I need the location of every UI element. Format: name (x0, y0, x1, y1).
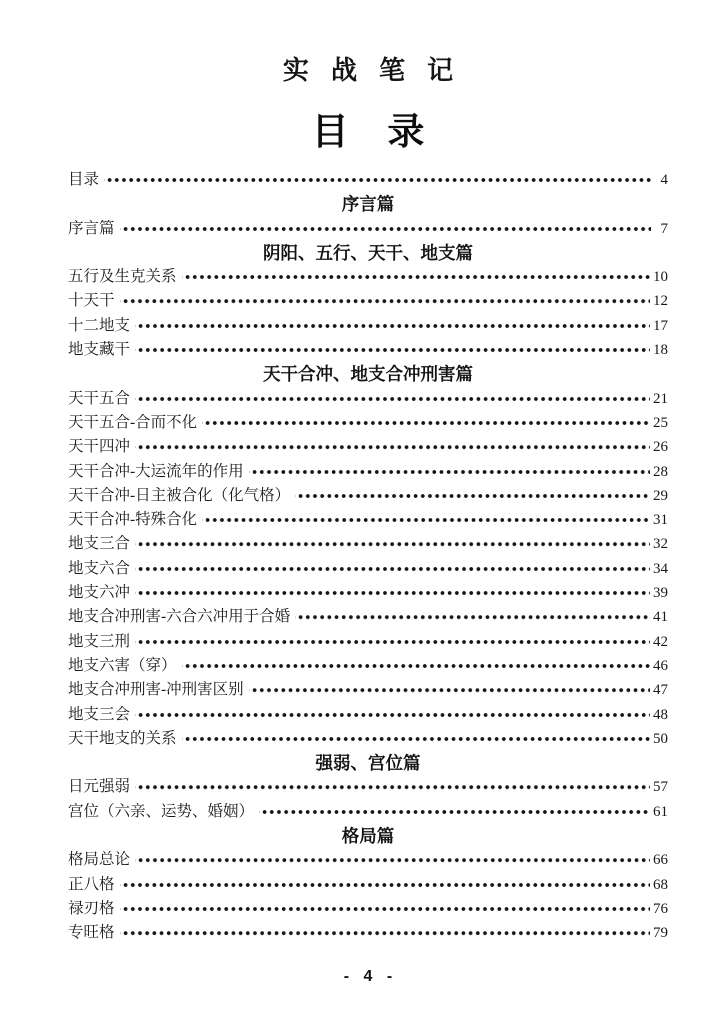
toc-entry-label: 地支三刑 (68, 630, 135, 654)
toc-entry-row: 禄刃格76 (68, 897, 668, 921)
toc-entry-label: 格局总论 (68, 848, 135, 872)
toc-entry-row: 天干四冲26 (68, 435, 668, 459)
toc-entry-row: 天干五合-合而不化25 (68, 411, 668, 435)
toc-entry-page: 21 (653, 387, 668, 411)
dot-leader (182, 727, 650, 751)
toc-entry-label: 地支藏干 (68, 338, 135, 362)
toc-entry-row: 地支三合32 (68, 532, 668, 556)
toc-entry-label: 十二地支 (68, 314, 135, 338)
document-page: 实战笔记 目录 目录4序言篇序言篇7阴阳、五行、天干、地支篇五行及生克关系10十… (0, 0, 724, 1024)
toc-entry-label: 地支三合 (68, 532, 135, 556)
toc-entry-row: 地支三会48 (68, 703, 668, 727)
dot-leader (202, 508, 650, 532)
toc-entry-page: 66 (653, 848, 668, 872)
toc-entry-label: 天干合冲-特殊合化 (68, 508, 202, 532)
toc-entry-row: 五行及生克关系10 (68, 265, 668, 289)
toc-entry-label: 十天干 (68, 289, 120, 313)
toc-entry-page: 48 (653, 703, 668, 727)
toc-entry-page: 18 (653, 338, 668, 362)
toc-entry-row: 十天干12 (68, 289, 668, 313)
toc-entry-row: 地支三刑42 (68, 630, 668, 654)
toc-entry-row: 专旺格79 (68, 921, 668, 945)
toc-entry-page: 39 (653, 581, 668, 605)
toc-section-heading: 强弱、宫位篇 (68, 751, 668, 775)
toc-entry-page: 17 (653, 314, 668, 338)
toc-entry-page: 79 (653, 921, 668, 945)
dot-leader (202, 411, 650, 435)
toc-entry-page: 46 (653, 654, 668, 678)
toc-entry-label: 地支合冲刑害-冲刑害区别 (68, 678, 249, 702)
dot-leader (135, 387, 650, 411)
toc-entry-page: 7 (654, 217, 668, 241)
dot-leader (135, 314, 650, 338)
toc-entry-page: 34 (653, 557, 668, 581)
toc-entry-label: 天干五合-合而不化 (68, 411, 202, 435)
toc-entry-page: 25 (653, 411, 668, 435)
dot-leader (259, 800, 650, 824)
toc-entry-row: 天干合冲-日主被合化（化气格）29 (68, 484, 668, 508)
toc-entry-page: 47 (653, 678, 668, 702)
toc-entry-label: 天干五合 (68, 387, 135, 411)
dot-leader (135, 703, 650, 727)
dot-leader (295, 484, 650, 508)
toc-entry-row: 地支六害（穿）46 (68, 654, 668, 678)
toc-entry-label: 日元强弱 (68, 775, 135, 799)
toc-entry-page: 41 (653, 605, 668, 629)
dot-leader (135, 775, 650, 799)
toc-entry-page: 61 (653, 800, 668, 824)
dot-leader (295, 605, 650, 629)
toc-entry-page: 26 (653, 435, 668, 459)
toc-entry-label: 天干地支的关系 (68, 727, 182, 751)
dot-leader (120, 289, 650, 313)
dot-leader (135, 338, 650, 362)
dot-leader (120, 897, 650, 921)
toc-entry-page: 28 (653, 460, 668, 484)
toc-entry-label: 禄刃格 (68, 897, 120, 921)
dot-leader (135, 630, 650, 654)
toc-entry-row: 日元强弱57 (68, 775, 668, 799)
toc-entry-page: 10 (653, 265, 668, 289)
dot-leader (120, 921, 650, 945)
toc-entry-row: 地支藏干18 (68, 338, 668, 362)
toc-entry-row: 天干地支的关系50 (68, 727, 668, 751)
toc-entry-row: 天干合冲-特殊合化31 (68, 508, 668, 532)
toc-entry-page: 32 (653, 532, 668, 556)
toc-section-heading: 序言篇 (68, 192, 668, 216)
toc-entry-label: 序言篇 (68, 217, 120, 241)
toc-entry-label: 地支六冲 (68, 581, 135, 605)
toc-entry-row: 十二地支17 (68, 314, 668, 338)
toc-entry-label: 五行及生克关系 (68, 265, 182, 289)
toc-entry-row: 天干五合21 (68, 387, 668, 411)
toc-entry-label: 地支六害（穿） (68, 654, 182, 678)
toc-entry-page: 29 (653, 484, 668, 508)
toc-entry-row: 正八格68 (68, 873, 668, 897)
toc-heading: 目录 (68, 101, 668, 155)
dot-leader (135, 435, 650, 459)
dot-leader (135, 848, 650, 872)
toc-entry-row: 宫位（六亲、运势、婚姻）61 (68, 800, 668, 824)
toc-entry-row: 地支合冲刑害-六合六冲用于合婚41 (68, 605, 668, 629)
dot-leader (135, 557, 650, 581)
toc-entry-page: 50 (653, 727, 668, 751)
toc-entry-page: 12 (653, 289, 668, 313)
toc-entry-page: 57 (653, 775, 668, 799)
toc-entry-page: 76 (653, 897, 668, 921)
toc-entry-row: 地支六冲39 (68, 581, 668, 605)
toc-entry-row: 目录4 (68, 168, 668, 192)
toc-section-heading: 阴阳、五行、天干、地支篇 (68, 241, 668, 265)
toc-entry-label: 地支六合 (68, 557, 135, 581)
dot-leader (120, 873, 650, 897)
toc-entry-label: 目录 (68, 168, 104, 192)
toc-entry-row: 地支合冲刑害-冲刑害区别47 (68, 678, 668, 702)
toc-entry-row: 序言篇7 (68, 217, 668, 241)
toc-section-heading: 格局篇 (68, 824, 668, 848)
toc-entry-label: 专旺格 (68, 921, 120, 945)
toc-entry-label: 地支合冲刑害-六合六冲用于合婚 (68, 605, 295, 629)
dot-leader (249, 460, 650, 484)
toc-entry-page: 4 (654, 168, 668, 192)
dot-leader (182, 654, 650, 678)
dot-leader (120, 217, 651, 241)
dot-leader (104, 168, 651, 192)
toc-entry-page: 31 (653, 508, 668, 532)
toc-entry-label: 天干合冲-大运流年的作用 (68, 460, 249, 484)
dot-leader (135, 581, 650, 605)
toc-entry-row: 天干合冲-大运流年的作用28 (68, 460, 668, 484)
toc-entry-page: 42 (653, 630, 668, 654)
toc-entry-row: 地支六合34 (68, 557, 668, 581)
toc-entry-label: 天干四冲 (68, 435, 135, 459)
dot-leader (249, 678, 650, 702)
toc-section-heading: 天干合冲、地支合冲刑害篇 (68, 362, 668, 386)
toc-entry-page: 68 (653, 873, 668, 897)
book-title: 实战笔记 (68, 50, 668, 87)
toc-entry-row: 格局总论66 (68, 848, 668, 872)
toc-entry-label: 天干合冲-日主被合化（化气格） (68, 484, 295, 508)
toc-list: 目录4序言篇序言篇7阴阳、五行、天干、地支篇五行及生克关系10十天干12十二地支… (68, 168, 668, 946)
dot-leader (182, 265, 650, 289)
toc-entry-label: 宫位（六亲、运势、婚姻） (68, 800, 259, 824)
toc-entry-label: 正八格 (68, 873, 120, 897)
dot-leader (135, 532, 650, 556)
page-number-footer: - 4 - (68, 968, 668, 986)
toc-entry-label: 地支三会 (68, 703, 135, 727)
